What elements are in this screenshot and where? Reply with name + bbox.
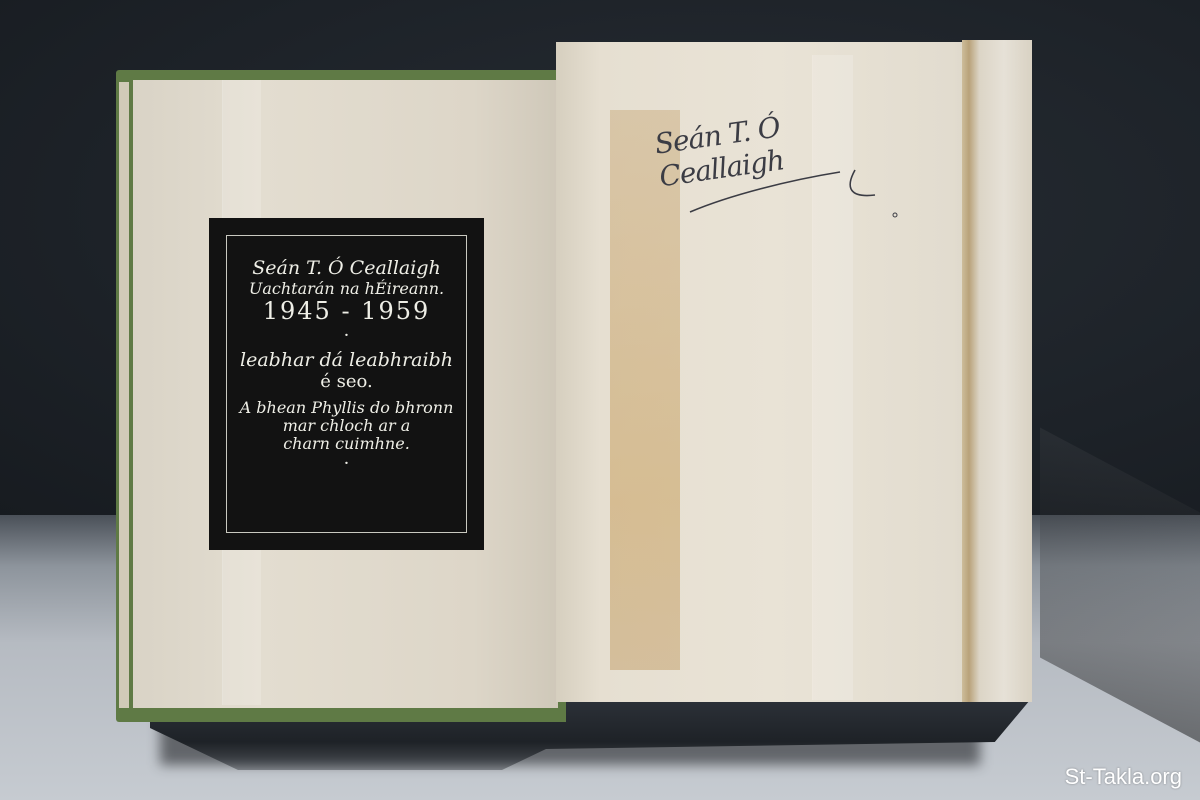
watermark: St-Takla.org	[1065, 764, 1182, 790]
page-block-edges	[962, 40, 1032, 702]
label-dot-2: ·	[209, 456, 484, 472]
label-line-6: A bhean Phyllis do bhronn	[209, 399, 484, 417]
left-page-edge	[119, 82, 129, 708]
label-line-5: é seo.	[209, 372, 484, 393]
label-line-7: mar chloch ar a	[209, 417, 484, 435]
signature: Seán T. Ó Ceallaigh	[650, 100, 910, 230]
dedication-label: Seán T. Ó Ceallaigh Uachtarán na hÉirean…	[209, 218, 484, 550]
label-dot-1: ·	[209, 328, 484, 344]
label-text: Seán T. Ó Ceallaigh Uachtarán na hÉirean…	[209, 258, 484, 478]
label-line-8: charn cuimhne.	[209, 435, 484, 453]
signature-flourish-icon	[650, 100, 910, 230]
label-line-title: Uachtarán na hÉireann.	[209, 280, 484, 298]
label-line-4: leabhar dá leabhraibh	[209, 350, 484, 372]
label-line-name: Seán T. Ó Ceallaigh	[209, 258, 484, 280]
label-line-years: 1945 - 1959	[209, 298, 484, 326]
